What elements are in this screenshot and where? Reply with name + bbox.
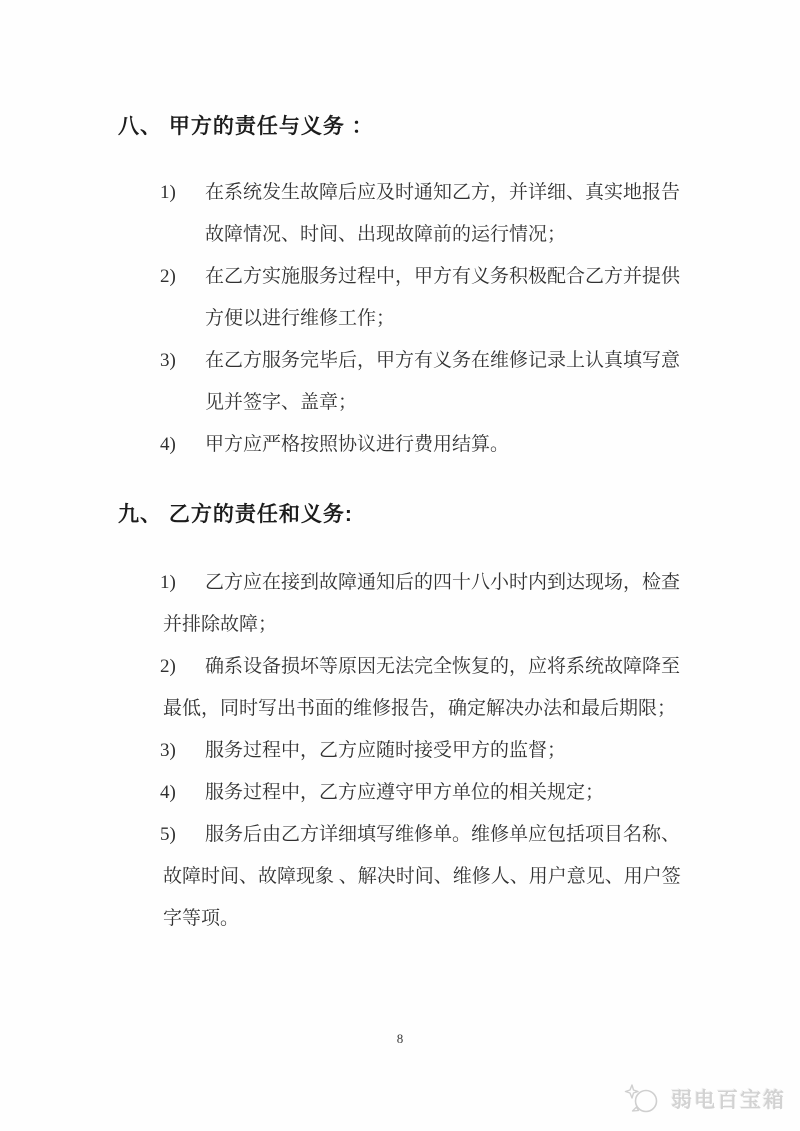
item-text-line: 字等项。 [118, 898, 758, 940]
item-text-line: 故障情况、时间、出现故障前的运行情况； [118, 214, 758, 256]
document-page: 八、 甲方的责任与义务 ： 1) 在系统发生故障后应及时通知乙方，并详细、真实地… [0, 0, 800, 1131]
item-number: 1) [160, 172, 176, 214]
list-item: 1) 乙方应在接到故障通知后的四十八小时内到达现场，检查 并排除故障； [118, 562, 758, 646]
page-content: 八、 甲方的责任与义务 ： 1) 在系统发生故障后应及时通知乙方，并详细、真实地… [118, 113, 758, 940]
item-text-line: 见并签字、盖章； [118, 382, 758, 424]
list-item: 4) 甲方应严格按照协议进行费用结算。 [118, 424, 758, 466]
item-number: 3) [160, 340, 176, 382]
section-heading-9: 九、 乙方的责任和义务: [118, 501, 758, 529]
section-8-items: 1) 在系统发生故障后应及时通知乙方，并详细、真实地报告 故障情况、时间、出现故… [118, 172, 758, 466]
item-text-line: 方便以进行维修工作； [118, 298, 758, 340]
item-number: 5) [160, 814, 176, 856]
cat-logo-icon [623, 1083, 665, 1115]
list-item: 2) 确系设备损坏等原因无法完全恢复的，应将系统故障降至 最低，同时写出书面的维… [118, 646, 758, 730]
item-text-line: 并排除故障； [118, 604, 758, 646]
item-number: 2) [160, 256, 176, 298]
item-text-line: 乙方应在接到故障通知后的四十八小时内到达现场，检查 [118, 562, 758, 604]
list-item: 4) 服务过程中，乙方应遵守甲方单位的相关规定； [118, 772, 758, 814]
list-item: 1) 在系统发生故障后应及时通知乙方，并详细、真实地报告 故障情况、时间、出现故… [118, 172, 758, 256]
watermark-text: 弱电百宝箱 [671, 1084, 786, 1114]
item-number: 3) [160, 730, 176, 772]
item-text-line: 甲方应严格按照协议进行费用结算。 [118, 424, 758, 466]
list-item: 3) 在乙方服务完毕后，甲方有义务在维修记录上认真填写意 见并签字、盖章； [118, 340, 758, 424]
item-text-line: 故障时间、故障现象 、解决时间、维修人、用户意见、用户签 [118, 856, 758, 898]
section-heading-8: 八、 甲方的责任与义务 ： [118, 113, 758, 141]
list-item: 5) 服务后由乙方详细填写维修单。维修单应包括项目名称、 故障时间、故障现象 、… [118, 814, 758, 940]
item-number: 4) [160, 424, 176, 466]
item-text-line: 服务过程中，乙方应随时接受甲方的监督； [118, 730, 758, 772]
item-number: 4) [160, 772, 176, 814]
item-text-line: 最低，同时写出书面的维修报告，确定解决办法和最后期限； [118, 688, 758, 730]
item-text-line: 在乙方服务完毕后，甲方有义务在维修记录上认真填写意 [118, 340, 758, 382]
item-text-line: 服务过程中，乙方应遵守甲方单位的相关规定； [118, 772, 758, 814]
list-item: 2) 在乙方实施服务过程中，甲方有义务积极配合乙方并提供 方便以进行维修工作； [118, 256, 758, 340]
list-item: 3) 服务过程中，乙方应随时接受甲方的监督； [118, 730, 758, 772]
item-text-line: 服务后由乙方详细填写维修单。维修单应包括项目名称、 [118, 814, 758, 856]
item-number: 2) [160, 646, 176, 688]
watermark: 弱电百宝箱 [623, 1083, 786, 1115]
item-text-line: 在系统发生故障后应及时通知乙方，并详细、真实地报告 [118, 172, 758, 214]
page-number: 8 [0, 1031, 800, 1047]
item-text-line: 在乙方实施服务过程中，甲方有义务积极配合乙方并提供 [118, 256, 758, 298]
item-text-line: 确系设备损坏等原因无法完全恢复的，应将系统故障降至 [118, 646, 758, 688]
item-number: 1) [160, 562, 176, 604]
section-9-items: 1) 乙方应在接到故障通知后的四十八小时内到达现场，检查 并排除故障； 2) 确… [118, 562, 758, 940]
